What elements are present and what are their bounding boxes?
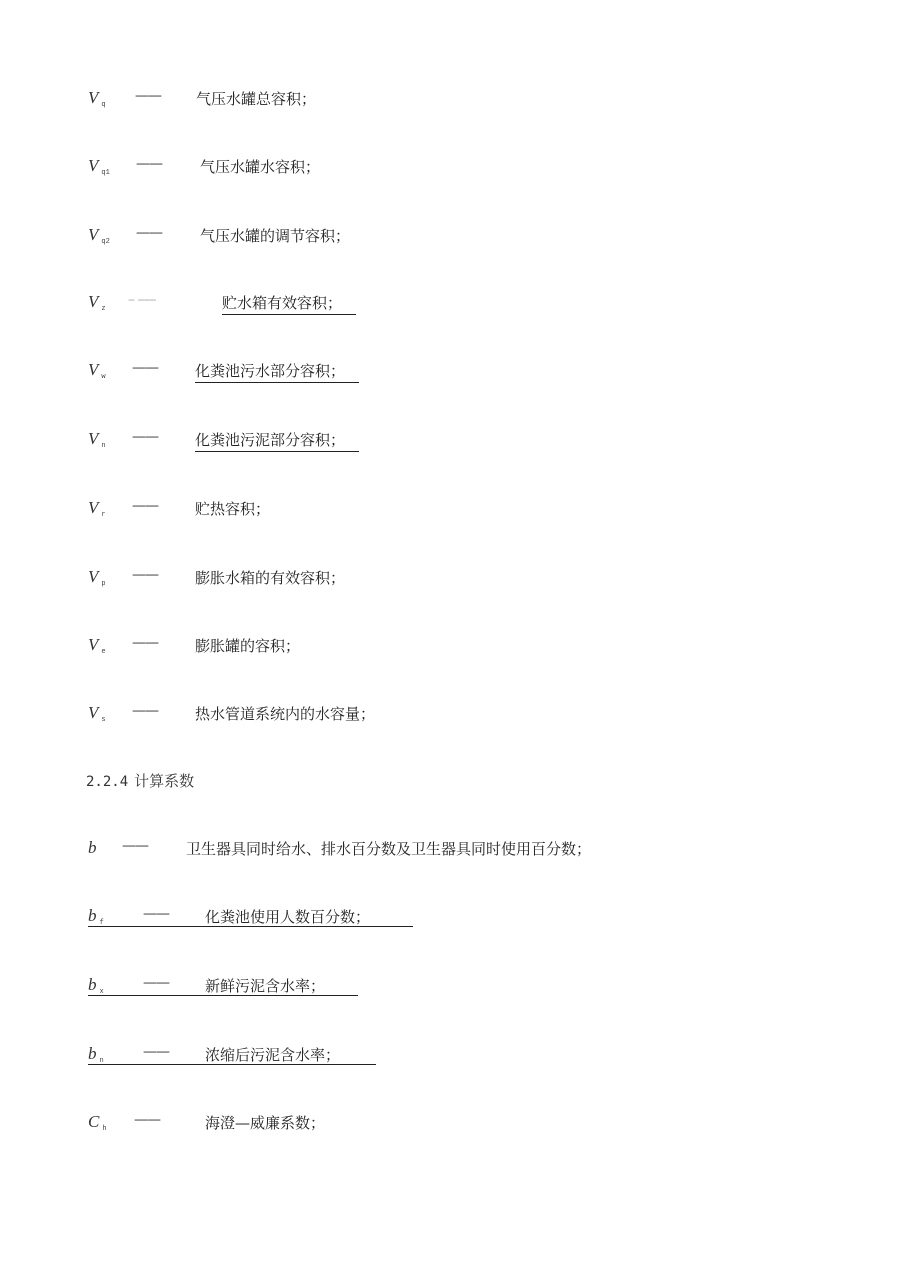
section-heading: 2.2.4计算系数 [86, 770, 194, 791]
definition-vq: Vq —— 气压水罐总容积； [88, 88, 106, 116]
symbol: Ve [88, 635, 106, 656]
dash: —— [136, 225, 162, 241]
description: 膨胀水箱的有效容积； [195, 567, 345, 588]
symbol: bf [88, 906, 104, 927]
definition-vn: Vn —— 化粪池污泥部分容积； [88, 429, 106, 457]
dash: —— [132, 429, 158, 445]
dash: —— [132, 703, 158, 719]
section-title: 计算系数 [134, 772, 194, 790]
dash: —— [135, 88, 161, 104]
symbol: bn [88, 1044, 104, 1065]
dash: —— [132, 498, 158, 514]
definition-vq2: Vq2 —— 气压水罐的调节容积； [88, 225, 110, 253]
definition-vq1: Vq1 —— 气压水罐水容积； [88, 156, 110, 184]
dash: —— [132, 360, 158, 376]
dash: – ––– [128, 292, 155, 308]
description: 贮水箱有效容积； [222, 292, 356, 315]
description: 气压水罐水容积； [200, 156, 320, 177]
definition-vp: Vp —— 膨胀水箱的有效容积； [88, 567, 106, 595]
section-number: 2.2.4 [86, 774, 128, 790]
dash: —— [122, 838, 148, 854]
dash: —— [132, 567, 158, 583]
description: 化粪池污泥部分容积； [195, 429, 359, 452]
dash: —— [143, 906, 169, 922]
symbol: Vq [88, 88, 106, 109]
description: 气压水罐总容积； [196, 88, 316, 109]
dash: —— [143, 975, 169, 991]
symbol: Vs [88, 703, 106, 724]
symbol: b [88, 838, 97, 858]
symbol: Vw [88, 360, 106, 381]
definition-ch: Ch —— 海澄—威廉系数； [88, 1112, 107, 1140]
description: 新鲜污泥含水率； [205, 975, 325, 996]
definition-vr: Vr —— 贮热容积； [88, 498, 106, 526]
symbol: bx [88, 975, 104, 996]
symbol: Vq2 [88, 225, 110, 246]
description: 化粪池使用人数百分数； [205, 906, 370, 927]
definition-bf: bf —— 化粪池使用人数百分数； [88, 906, 413, 927]
description: 浓缩后污泥含水率； [205, 1044, 340, 1065]
description: 贮热容积； [195, 498, 270, 519]
description: 热水管道系统内的水容量； [195, 703, 375, 724]
description: 膨胀罐的容积； [195, 635, 300, 656]
symbol: Vp [88, 567, 106, 588]
definition-bx: bx —— 新鲜污泥含水率； [88, 975, 358, 996]
symbol: Ch [88, 1112, 107, 1133]
definition-bn: bn —— 浓缩后污泥含水率； [88, 1044, 376, 1065]
dash: —— [136, 156, 162, 172]
dash: —— [134, 1112, 160, 1128]
definition-vs: Vs —— 热水管道系统内的水容量； [88, 703, 106, 731]
dash: —— [132, 635, 158, 651]
description: 海澄—威廉系数； [205, 1112, 325, 1133]
symbol: Vz [88, 292, 106, 313]
definition-vw: Vw —— 化粪池污水部分容积； [88, 360, 106, 388]
dash: —— [143, 1044, 169, 1060]
definition-vz: Vz – ––– 贮水箱有效容积； [88, 292, 106, 320]
definition-b: b —— 卫生器具同时给水、排水百分数及卫生器具同时使用百分数； [88, 838, 97, 866]
description: 气压水罐的调节容积； [200, 225, 350, 246]
definition-ve: Ve —— 膨胀罐的容积； [88, 635, 106, 663]
symbol: Vq1 [88, 156, 110, 177]
description: 卫生器具同时给水、排水百分数及卫生器具同时使用百分数； [186, 838, 591, 859]
description: 化粪池污水部分容积； [195, 360, 359, 383]
symbol: Vn [88, 429, 106, 450]
symbol: Vr [88, 498, 106, 519]
